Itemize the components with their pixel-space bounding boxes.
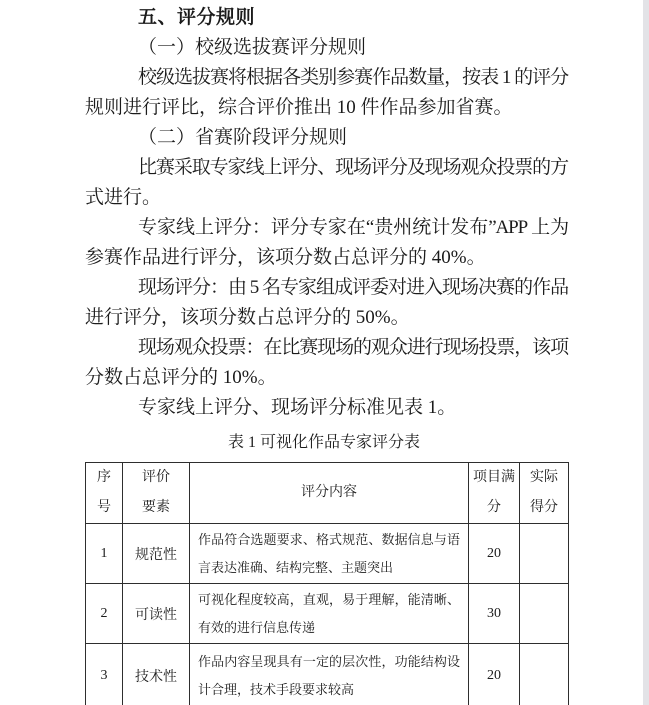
text-line: 现场观众投票：在比赛现场的观众进行现场投票，该项 (138, 333, 568, 363)
cell-content: 作品符合选题要求、格式规范、数据信息与语言表达准确、结构完整、主题突出 (190, 524, 469, 584)
text-line: 参赛作品进行评分，该项分数占总评分的 40%。 (85, 243, 575, 273)
table-row: 1 规范性 作品符合选题要求、格式规范、数据信息与语言表达准确、结构完整、主题突… (86, 524, 569, 584)
cell-factor: 技术性 (123, 644, 190, 705)
cell-content: 作品内容呈现具有一定的层次性，功能结构设计合理，技术手段要求较高 (190, 644, 469, 705)
text-line: 比赛采取专家线上评分、现场评分及现场观众投票的方 (138, 153, 568, 183)
cell-max-score: 30 (469, 584, 520, 644)
header-cell-actual-score: 实际 得分 (520, 463, 569, 524)
text-line: 现场评分：由 5 名专家组成评委对进入现场决赛的作品 (138, 273, 568, 303)
document-page: 五、评分规则 （一）校级选拔赛评分规则 校级选拔赛将根据各类别参赛作品数量，按表… (0, 0, 649, 705)
cell-number: 3 (86, 644, 123, 705)
header-label: 项目满 (469, 463, 519, 493)
cell-number: 1 (86, 524, 123, 584)
text-line: 规则进行评比，综合评价推出 10 件作品参加省赛。 (85, 93, 575, 123)
header-cell-number: 序 号 (86, 463, 123, 524)
table-row: 3 技术性 作品内容呈现具有一定的层次性，功能结构设计合理，技术手段要求较高 2… (86, 644, 569, 705)
header-label: 实际 (520, 463, 568, 493)
scoring-table: 序 号 评价 要素 评分内容 项目满 分 实际 得分 1 规范性 作品符 (85, 462, 569, 705)
table-row: 2 可读性 可视化程度较高，直观，易于理解，能清晰、有效的进行信息传递 30 (86, 584, 569, 644)
text-line: 进行评分，该项分数占总评分的 50%。 (85, 303, 575, 333)
text-line: 式进行。 (85, 183, 575, 213)
text-line: 校级选拔赛将根据各类别参赛作品数量，按表 1 的评分 (138, 63, 568, 93)
header-label: 要素 (123, 493, 189, 523)
cell-actual-score (520, 524, 569, 584)
text-line: 分数占总评分的 10%。 (85, 363, 575, 393)
cell-factor: 规范性 (123, 524, 190, 584)
document-text-block: 五、评分规则 （一）校级选拔赛评分规则 校级选拔赛将根据各类别参赛作品数量，按表… (85, 3, 575, 423)
text-line: 专家线上评分、现场评分标准见表 1。 (85, 393, 575, 423)
cell-actual-score (520, 584, 569, 644)
header-label: 评分内容 (190, 478, 468, 508)
header-cell-content: 评分内容 (190, 463, 469, 524)
cell-actual-score (520, 644, 569, 705)
text-line: 专家线上评分：评分专家在“贵州统计发布”APP 上为 (138, 213, 568, 243)
subsection-heading: （一）校级选拔赛评分规则 (85, 33, 575, 63)
header-cell-factor: 评价 要素 (123, 463, 190, 524)
table-caption: 表 1 可视化作品专家评分表 (85, 432, 563, 454)
cell-factor: 可读性 (123, 584, 190, 644)
page-edge-strip (643, 0, 649, 705)
cell-max-score: 20 (469, 524, 520, 584)
header-label: 分 (469, 493, 519, 523)
header-label: 得分 (520, 493, 568, 523)
section-heading: 五、评分规则 (85, 3, 575, 33)
cell-number: 2 (86, 584, 123, 644)
header-label: 号 (86, 493, 122, 523)
header-label: 评价 (123, 463, 189, 493)
cell-content: 可视化程度较高，直观，易于理解，能清晰、有效的进行信息传递 (190, 584, 469, 644)
header-label: 序 (86, 463, 122, 493)
table-header-row: 序 号 评价 要素 评分内容 项目满 分 实际 得分 (86, 463, 569, 524)
subsection-heading: （二）省赛阶段评分规则 (85, 123, 575, 153)
cell-max-score: 20 (469, 644, 520, 705)
header-cell-max-score: 项目满 分 (469, 463, 520, 524)
